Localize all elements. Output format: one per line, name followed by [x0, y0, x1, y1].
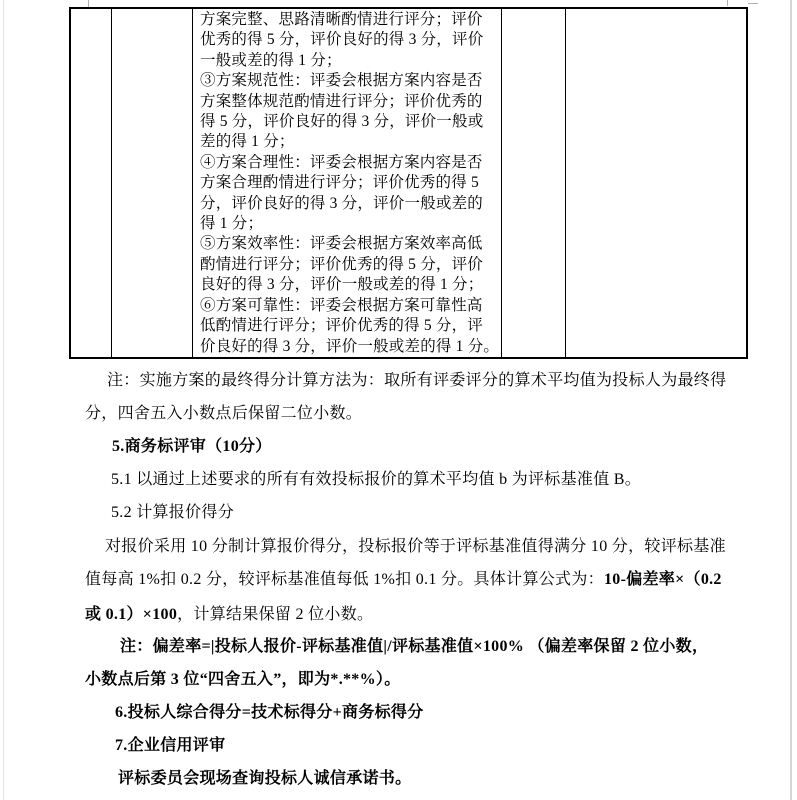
page-edge-left-line [3, 0, 4, 800]
criteria-line: 差的得 1 分； [200, 132, 497, 152]
price-score-formula-part1: 10-偏差率×（0.2 [604, 571, 722, 588]
criteria-line: ③方案规范性：评委会根据方案内容是否 [200, 71, 497, 91]
section-6-heading: 6.投标人综合得分=技术标得分+商务标得分 [115, 702, 424, 724]
note-deviation-rate-line1: 注：偏差率=|投标人报价-评标基准值|/评标基准值×100% （偏差率保留 2 … [120, 636, 708, 658]
criteria-line: 价良好的得 3 分，评价一般或差的得 1 分。 [200, 337, 497, 357]
section-7-heading: 7.企业信用评审 [115, 735, 225, 757]
criteria-line: 分，评价良好的得 3 分，评价一般或差的 [200, 194, 497, 214]
criteria-line: 优秀的得 5 分，评价良好的得 3 分，评价 [200, 30, 497, 50]
page-edge-right-line [790, 0, 792, 800]
document-page: { "page": { "background": "#ffffff", "te… [0, 0, 797, 800]
criteria-line: 方案合理酌情进行评分；评价优秀的得 5 [200, 173, 497, 193]
price-score-line3: 或 0.1）×100，计算结果保留 2 位小数。 [85, 604, 373, 626]
criteria-line: ⑤方案效率性：评委会根据方案效率高低 [200, 234, 497, 254]
note-deviation-rate-line2: 小数点后第 3 位“四舍五入”，即为*.**%）。 [85, 669, 401, 691]
table-cell-criteria: 方案完整、思路清晰酌情进行评分；评价 优秀的得 5 分，评价良好的得 3 分，评… [193, 9, 502, 357]
criteria-line: 一般或差的得 1 分； [200, 51, 497, 71]
cutoff-tick-right [748, 3, 758, 4]
section-5-heading: 5.商务标评审（10分） [112, 436, 272, 458]
criteria-line: 得 1 分； [200, 214, 497, 234]
criteria-line: ④方案合理性：评委会根据方案内容是否 [200, 153, 497, 173]
item-5-1-benchmark: 5.1 以通过上述要求的所有有效投标报价的算术平均值 b 为评标基准值 B。 [111, 469, 641, 491]
cutoff-divider-stub-right [727, 0, 728, 6]
note-final-score-line1: 注：实施方案的最终得分计算方法为：取所有评委评分的算术平均值为投标人为最终得 [107, 370, 726, 392]
table-cell-score [502, 9, 566, 357]
criteria-line: 得 5 分，评价良好的得 3 分，评价一般或 [200, 112, 497, 132]
price-score-formula-part2: 或 0.1）×100 [85, 606, 177, 623]
table-cell-remark [566, 9, 746, 357]
criteria-line: 良好的得 3 分，评价一般或差的得 1 分； [200, 275, 497, 295]
criteria-line: 方案整体规范酌情进行评分；评价优秀的 [200, 92, 497, 112]
evaluation-table: 方案完整、思路清晰酌情进行评分；评价 优秀的得 5 分，评价良好的得 3 分，评… [69, 7, 748, 359]
criteria-line: 低酌情进行评分；评价优秀的得 5 分，评 [200, 316, 497, 336]
price-score-line2-regular: 值每高 1%扣 0.2 分，较评标基准值每低 1%扣 0.1 分。具体计算公式为… [85, 571, 604, 588]
price-score-line3-regular: ，计算结果保留 2 位小数。 [177, 606, 373, 623]
table-cell-seq [71, 9, 112, 357]
criteria-line: 酌情进行评分；评价优秀的得 5 分，评价 [200, 255, 497, 275]
price-score-line2: 值每高 1%扣 0.2 分，较评标基准值每低 1%扣 0.1 分。具体计算公式为… [85, 569, 722, 591]
criteria-line: 方案完整、思路清晰酌情进行评分；评价 [200, 10, 497, 30]
note-final-score-line2: 分，四舍五入小数点后保留二位小数。 [85, 403, 362, 425]
criteria-line: ⑥方案可靠性：评委会根据方案可靠性高 [200, 296, 497, 316]
table-cell-item [112, 9, 193, 357]
credit-check-paragraph: 评标委员会现场查询投标人诚信承诺书。 [118, 768, 411, 790]
price-score-line1: 对报价采用 10 分制计算报价得分，投标报价等于评标基准值得满分 10 分，较评… [105, 536, 726, 558]
item-5-2-heading: 5.2 计算报价得分 [111, 502, 234, 524]
